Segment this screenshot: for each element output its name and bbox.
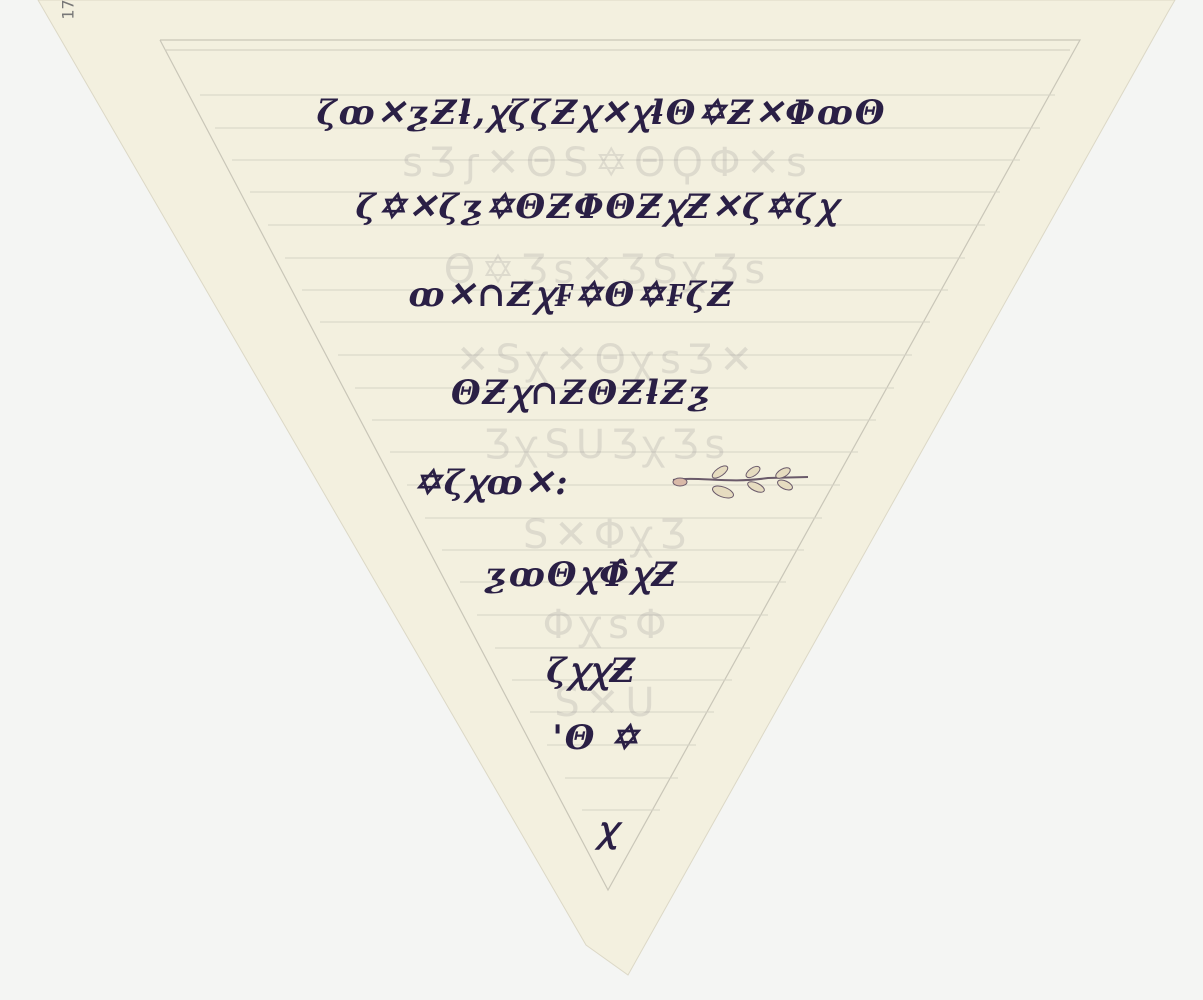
cipher-line-5: ✡ζꭓꝏ✕: (0, 458, 1093, 504)
cipher-line-1: ζꝏ✕ƺƵƚ,ꭓζζƵꭓ✕ꭓƚΘ✡Ƶ✕ΦꝏΘ (0, 88, 1203, 134)
cipher-line-7: ζꭓꭓƵ (0, 646, 1193, 692)
show-through-line: ΦꙅꭓΦ (0, 595, 1203, 650)
cipher-line-4: ΘƵꭓ∩ƵΘƵƚƵƺ (0, 368, 1183, 414)
corner-pencil-number: 17 (59, 0, 78, 20)
cipher-line-9: ꭓ (6, 805, 1203, 851)
cipher-line-6: ƺꝏΘꭓΦ̂ꭓƵ (0, 550, 1183, 596)
show-through-line: ꙅ✕ΦϘΘ✡ƧΘ✕ʅƸꙅ (0, 140, 1203, 186)
sprig-of-leaves-decoration (668, 462, 813, 502)
cipher-line-3: ꝏ✕∩Ƶꭓ₣✡Θ✡₣ζƵ (0, 270, 1173, 316)
cipher-line-2: ζ✡✕ζƺ✡ΘƵΦΘƵꭓƵ✕ζ✡ζꭓ (0, 182, 1198, 228)
cipher-line-8: 'Θ ✡ (0, 718, 1198, 758)
